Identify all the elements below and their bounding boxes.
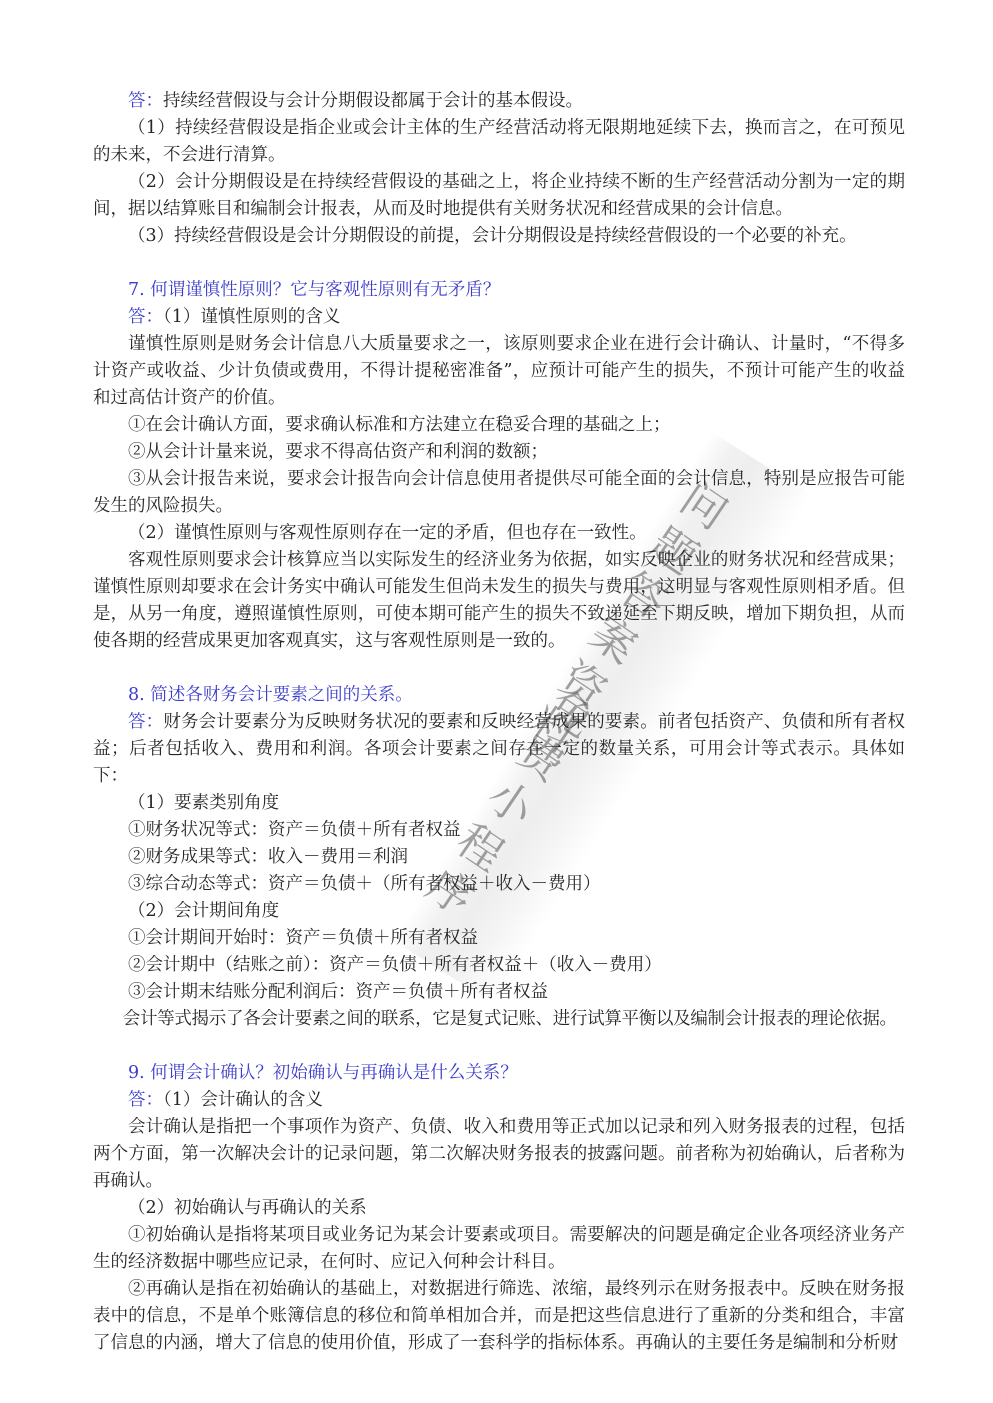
paragraph-text: （1）要素类别角度 xyxy=(128,793,279,813)
paragraph-text: （1）谨慎性原则的含义 xyxy=(163,307,340,327)
paragraph-text: ①财务状况等式：资产＝负债＋所有者权益 xyxy=(128,820,461,840)
paragraph: （2）谨慎性原则与客观性原则存在一定的矛盾，但也存在一致性。 xyxy=(93,520,905,547)
paragraph: （2）会计期间角度 xyxy=(93,898,905,925)
paragraph-text: （2）会计期间角度 xyxy=(128,901,279,921)
paragraph-text: （2）谨慎性原则与客观性原则存在一定的矛盾，但也存在一致性。 xyxy=(128,523,647,543)
paragraph-text: （2）初始确认与再确认的关系 xyxy=(128,1198,367,1218)
answer-label: 答： xyxy=(128,307,163,327)
paragraph-text: （3）持续经营假设是会计分期假设的前提，会计分期假设是持续经营假设的一个必要的补… xyxy=(128,226,857,246)
paragraph: ③从会计报告来说，要求会计报告向会计信息使用者提供尽可能全面的会计信息，特别是应… xyxy=(93,466,905,520)
paragraph: （3）持续经营假设是会计分期假设的前提，会计分期假设是持续经营假设的一个必要的补… xyxy=(93,223,905,250)
paragraph-text: 谨慎性原则是财务会计信息八大质量要求之一，该原则要求企业在进行会计确认、计量时，… xyxy=(93,334,905,408)
paragraph-text: 客观性原则要求会计核算应当以实际发生的经济业务为依据，如实反映企业的财务状况和经… xyxy=(93,550,905,651)
answer-label: 答： xyxy=(128,1090,163,1110)
paragraph: 会计等式揭示了各会计要素之间的联系，它是复式记账、进行试算平衡以及编制会计报表的… xyxy=(93,1006,905,1033)
paragraph-text: 会计等式揭示了各会计要素之间的联系，它是复式记账、进行试算平衡以及编制会计报表的… xyxy=(123,1009,897,1029)
paragraph-text: ②财务成果等式：收入－费用＝利润 xyxy=(128,847,408,867)
paragraph-text: ①在会计确认方面，要求确认标准和方法建立在稳妥合理的基础之上； xyxy=(128,415,671,435)
paragraph: ①会计期间开始时：资产＝负债＋所有者权益 xyxy=(93,925,905,952)
paragraph-text: ③综合动态等式：资产＝负债＋（所有者权益＋收入－费用） xyxy=(128,874,601,894)
paragraph-text: ②再确认是指在初始确认的基础上，对数据进行筛选、浓缩，最终列示在财务报表中。反映… xyxy=(93,1279,905,1353)
paragraph: （2）初始确认与再确认的关系 xyxy=(93,1195,905,1222)
paragraph-text: ②会计期中（结账之前）：资产＝负债＋所有者权益＋（收入－费用） xyxy=(128,955,662,975)
paragraph-text: ①初始确认是指将某项目或业务记为某会计要素或项目。需要解决的问题是确定企业各项经… xyxy=(93,1225,905,1272)
paragraph: ②会计期中（结账之前）：资产＝负债＋所有者权益＋（收入－费用） xyxy=(93,952,905,979)
paragraph: ①在会计确认方面，要求确认标准和方法建立在稳妥合理的基础之上； xyxy=(93,412,905,439)
paragraph: 答：持续经营假设与会计分期假设都属于会计的基本假设。 xyxy=(93,88,905,115)
document-page: { "page": { "background": "#ffffff", "bo… xyxy=(0,0,993,1403)
paragraph-text: （2）会计分期假设是在持续经营假设的基础之上，将企业持续不断的生产经营活动分割为… xyxy=(93,172,905,219)
question-heading: 7. 何谓谨慎性原则？它与客观性原则有无矛盾？ xyxy=(93,277,905,304)
paragraph: ①财务状况等式：资产＝负债＋所有者权益 xyxy=(93,817,905,844)
paragraph: 会计确认是指把一个事项作为资产、负债、收入和费用等正式加以记录和列入财务报表的过… xyxy=(93,1114,905,1195)
paragraph-text: （1）持续经营假设是指企业或会计主体的生产经营活动将无限期地延续下去，换而言之，… xyxy=(93,118,905,165)
paragraph-text: ①会计期间开始时：资产＝负债＋所有者权益 xyxy=(128,928,478,948)
question-heading: 8. 简述各财务会计要素之间的关系。 xyxy=(93,682,905,709)
paragraph-text: 会计确认是指把一个事项作为资产、负债、收入和费用等正式加以记录和列入财务报表的过… xyxy=(93,1117,905,1191)
paragraph: 答：（1）会计确认的含义 xyxy=(93,1087,905,1114)
paragraph: 答：财务会计要素分为反映财务状况的要素和反映经营成果的要素。前者包括资产、负债和… xyxy=(93,709,905,790)
paragraph-text: ②从会计计量来说，要求不得高估资产和利润的数额； xyxy=(128,442,548,462)
paragraph: （1）要素类别角度 xyxy=(93,790,905,817)
paragraph: 谨慎性原则是财务会计信息八大质量要求之一，该原则要求企业在进行会计确认、计量时，… xyxy=(93,331,905,412)
paragraph: ②财务成果等式：收入－费用＝利润 xyxy=(93,844,905,871)
paragraph-text: （1）会计确认的含义 xyxy=(163,1090,323,1110)
paragraph: ②再确认是指在初始确认的基础上，对数据进行筛选、浓缩，最终列示在财务报表中。反映… xyxy=(93,1276,905,1357)
page-content: 答：持续经营假设与会计分期假设都属于会计的基本假设。（1）持续经营假设是指企业或… xyxy=(93,88,905,1357)
answer-label: 答： xyxy=(128,712,163,732)
paragraph: ③会计期末结账分配利润后：资产＝负债＋所有者权益 xyxy=(93,979,905,1006)
paragraph-text: ③从会计报告来说，要求会计报告向会计信息使用者提供尽可能全面的会计信息，特别是应… xyxy=(93,469,905,516)
paragraph: ②从会计计量来说，要求不得高估资产和利润的数额； xyxy=(93,439,905,466)
paragraph-text: 财务会计要素分为反映财务状况的要素和反映经营成果的要素。前者包括资产、负债和所有… xyxy=(93,712,905,786)
paragraph: （1）持续经营假设是指企业或会计主体的生产经营活动将无限期地延续下去，换而言之，… xyxy=(93,115,905,169)
paragraph: 客观性原则要求会计核算应当以实际发生的经济业务为依据，如实反映企业的财务状况和经… xyxy=(93,547,905,655)
paragraph: （2）会计分期假设是在持续经营假设的基础之上，将企业持续不断的生产经营活动分割为… xyxy=(93,169,905,223)
paragraph-text: ③会计期末结账分配利润后：资产＝负债＋所有者权益 xyxy=(128,982,548,1002)
question-heading: 9. 何谓会计确认？初始确认与再确认是什么关系？ xyxy=(93,1060,905,1087)
paragraph-text: 持续经营假设与会计分期假设都属于会计的基本假设。 xyxy=(163,91,583,111)
answer-label: 答： xyxy=(128,91,163,111)
paragraph: 答：（1）谨慎性原则的含义 xyxy=(93,304,905,331)
paragraph: ①初始确认是指将某项目或业务记为某会计要素或项目。需要解决的问题是确定企业各项经… xyxy=(93,1222,905,1276)
paragraph: ③综合动态等式：资产＝负债＋（所有者权益＋收入－费用） xyxy=(93,871,905,898)
